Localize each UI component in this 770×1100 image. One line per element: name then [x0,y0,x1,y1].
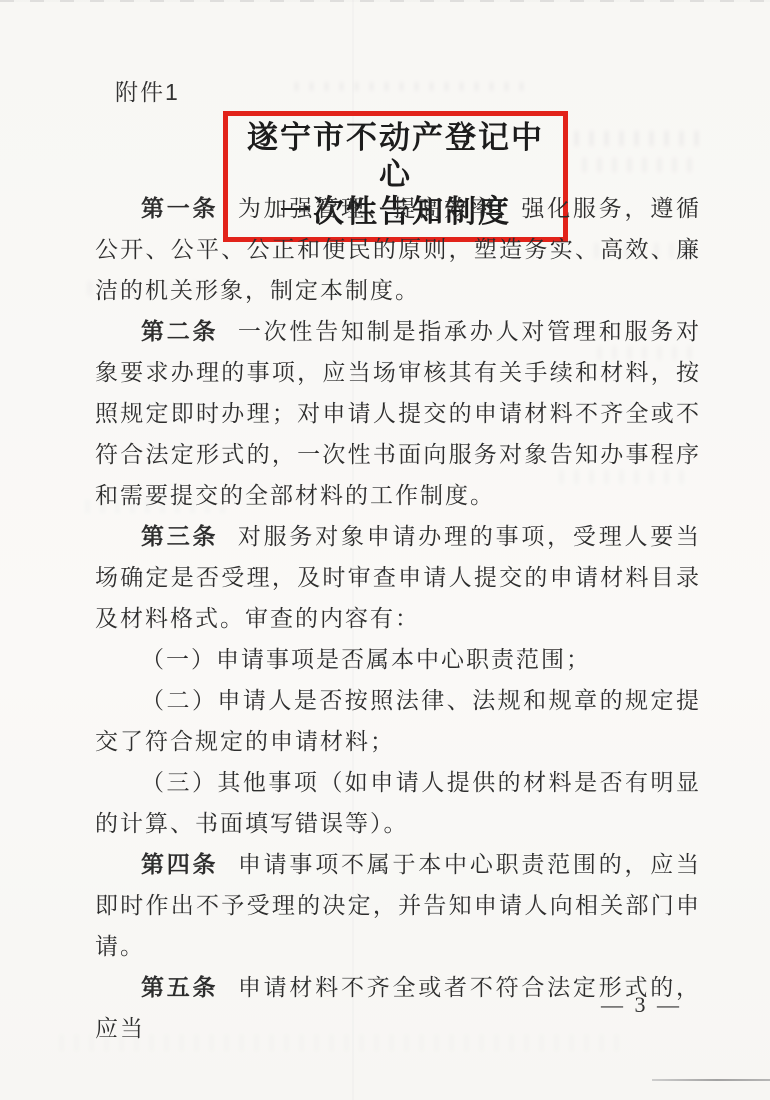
bleedthrough-artifact [583,158,703,172]
article-number: 第一条 [141,196,218,221]
article-number: 第五条 [141,975,218,1000]
paragraph-article-1: 第一条为加强管理、提高效率、强化服务，遵循公开、公平、公正和便民的原则，塑造务实… [95,188,701,311]
paragraph-text: 一次性告知制是指承办人对管理和服务对象要求办理的事项，应当场审核其有关手续和材料… [95,319,701,508]
bleedthrough-artifact [295,82,525,91]
page-number: — 3 — [601,992,682,1018]
article-number: 第二条 [141,319,218,344]
paragraph-list-item-2: （二）申请人是否按照法律、法规和规章的规定提交了符合规定的申请材料； [95,680,701,762]
paragraph-text: （三）其他事项（如申请人提供的材料是否有明显的计算、书面填写错误等）。 [95,770,701,836]
document-title-line1: 遂宁市不动产登记中心 [232,119,559,193]
scan-edge-artifact [0,0,770,2]
paragraph-list-item-3: （三）其他事项（如申请人提供的材料是否有明显的计算、书面填写错误等）。 [95,762,701,844]
bleedthrough-artifact [575,131,707,146]
scan-edge-artifact-bottom [652,1079,770,1081]
paragraph-article-4: 第四条申请事项不属于本中心职责范围的，应当即时作出不予受理的决定，并告知申请人向… [95,844,701,967]
paragraph-text: （一）申请事项是否属本中心职责范围； [141,647,591,672]
attachment-label: 附件1 [115,74,180,107]
scanned-document-page: 附件1 遂宁市不动产登记中心 一次性告知制度 第一条为加强管理、提高效率、强化服… [0,0,770,1100]
paragraph-list-item-1: （一）申请事项是否属本中心职责范围； [95,639,701,680]
article-number: 第三条 [141,524,218,549]
document-body: 第一条为加强管理、提高效率、强化服务，遵循公开、公平、公正和便民的原则，塑造务实… [95,188,701,1049]
paragraph-article-2: 第二条一次性告知制是指承办人对管理和服务对象要求办理的事项，应当场审核其有关手续… [95,311,701,516]
article-number: 第四条 [141,852,218,877]
paragraph-text: （二）申请人是否按照法律、法规和规章的规定提交了符合规定的申请材料； [95,688,701,754]
paragraph-article-3: 第三条对服务对象申请办理的事项，受理人要当场确定是否受理，及时审查申请人提交的申… [95,516,701,639]
